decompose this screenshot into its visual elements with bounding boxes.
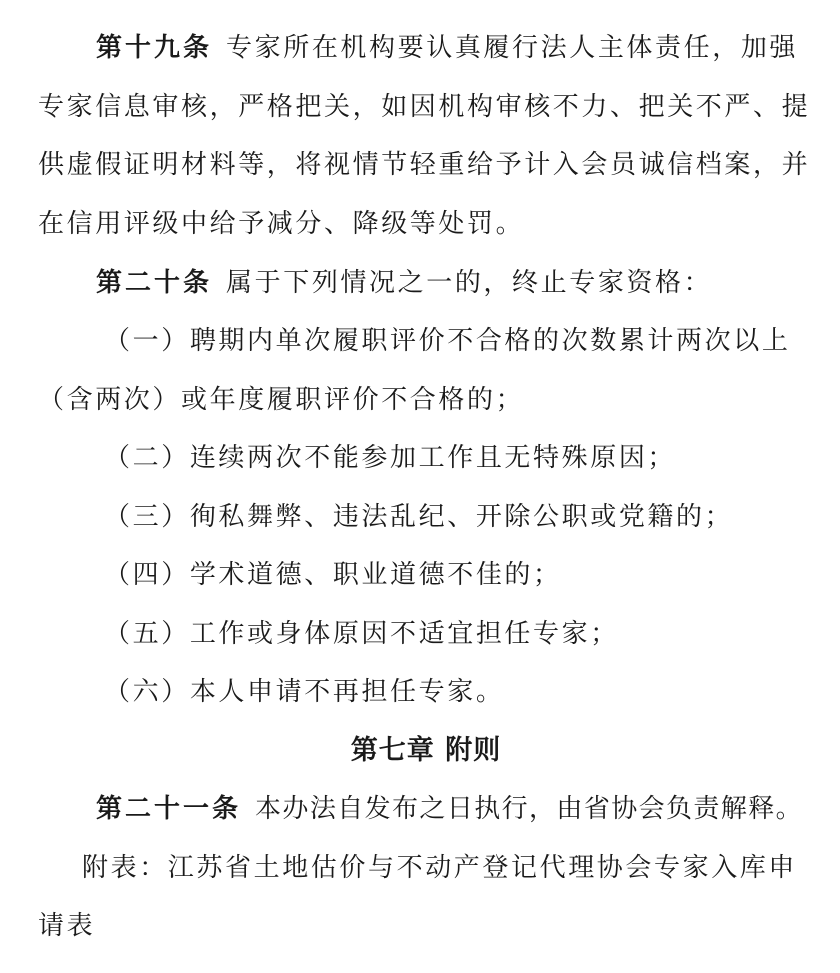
- item-1-label: （一）: [104, 326, 190, 356]
- item-4-text: 学术道德、职业道德不佳的；: [190, 560, 562, 590]
- item-3: （三）徇私舞弊、违法乱纪、开除公职或党籍的；: [104, 497, 733, 537]
- attachment-line-1: 附表：江苏省土地估价与不动产登记代理协会专家入库申: [82, 848, 797, 888]
- article-21-title: 第二十一条: [96, 794, 241, 824]
- article-20-line-1: 第二十条属于下列情况之一的，终止专家资格：: [96, 263, 712, 303]
- item-1-line-1: （一）聘期内单次履职评价不合格的次数累计两次以上: [104, 321, 790, 361]
- article-19-line-3: 供虚假证明材料等，将视情节轻重给予计入会员诚信档案，并: [38, 145, 810, 185]
- article-19-line-4: 在信用评级中给予减分、降级等处罚。: [38, 204, 524, 244]
- article-21: 第二十一条本办法自发布之日执行，由省协会负责解释。: [96, 789, 803, 829]
- article-19-text: 专家所在机构要认真履行法人主体责任，加强: [226, 33, 798, 63]
- item-2-label: （二）: [104, 443, 190, 473]
- item-4-label: （四）: [104, 560, 190, 590]
- item-3-text: 徇私舞弊、违法乱纪、开除公职或党籍的；: [190, 502, 733, 532]
- item-6-text: 本人申请不再担任专家。: [190, 677, 505, 707]
- item-1-text: 聘期内单次履职评价不合格的次数累计两次以上: [190, 326, 791, 356]
- article-20-intro: 属于下列情况之一的，终止专家资格：: [226, 268, 712, 298]
- article-21-text: 本办法自发布之日执行，由省协会负责解释。: [255, 794, 803, 824]
- article-19-line-2: 专家信息审核，严格把关，如因机构审核不力、把关不严、提: [38, 87, 810, 127]
- item-5-text: 工作或身体原因不适宜担任专家；: [190, 619, 619, 649]
- article-19-title: 第十九条: [96, 33, 212, 63]
- item-6-label: （六）: [104, 677, 190, 707]
- item-2-text: 连续两次不能参加工作且无特殊原因；: [190, 443, 676, 473]
- item-1-line-2: （含两次）或年度履职评价不合格的；: [38, 380, 524, 420]
- item-2: （二）连续两次不能参加工作且无特殊原因；: [104, 438, 676, 478]
- item-5-label: （五）: [104, 619, 190, 649]
- item-5: （五）工作或身体原因不适宜担任专家；: [104, 614, 619, 654]
- item-3-label: （三）: [104, 502, 190, 532]
- item-6: （六）本人申请不再担任专家。: [104, 672, 504, 712]
- article-20-title: 第二十条: [96, 268, 212, 298]
- attachment-line-2: 请表: [38, 906, 95, 946]
- item-4: （四）学术道德、职业道德不佳的；: [104, 555, 562, 595]
- article-19-line-1: 第十九条专家所在机构要认真履行法人主体责任，加强: [96, 28, 798, 68]
- chapter-heading: 第七章 附则: [38, 731, 814, 771]
